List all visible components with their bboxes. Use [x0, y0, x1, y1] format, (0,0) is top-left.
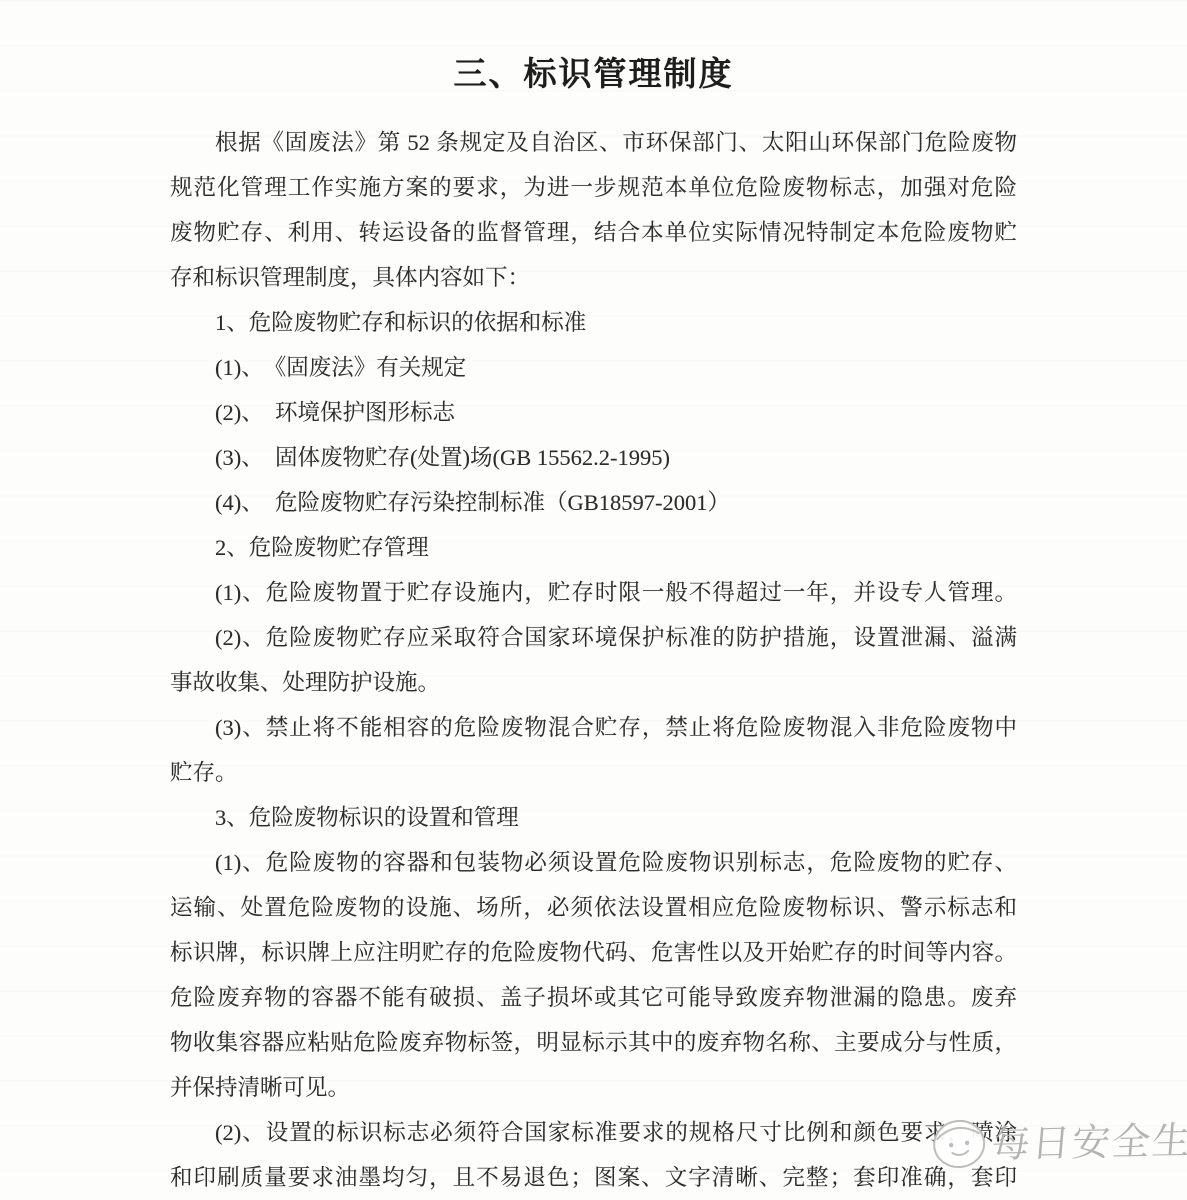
text-line: 和印刷质量要求油墨均匀，且不易退色；图案、文字清晰、完整；套印准确，套印	[170, 1155, 1017, 1200]
text-line: 标识牌，标识牌上应注明贮存的危险废物代码、危害性以及开始贮存的时间等内容。	[170, 930, 1017, 975]
text-line: 2、危险废物贮存管理	[170, 525, 1017, 570]
body-text: 根据《固废法》第 52 条规定及自治区、市环保部门、太阳山环保部门危险废物规范化…	[170, 120, 1017, 1200]
text-line: 根据《固废法》第 52 条规定及自治区、市环保部门、太阳山环保部门危险废物	[170, 120, 1017, 165]
text-line: 贮存。	[170, 750, 1017, 795]
document-page: 三、标识管理制度 根据《固废法》第 52 条规定及自治区、市环保部门、太阳山环保…	[0, 0, 1187, 1200]
text-line: 废物贮存、利用、转运设备的监督管理，结合本单位实际情况特制定本危险废物贮	[170, 210, 1017, 255]
text-line: (2)、危险废物贮存应采取符合国家环境保护标准的防护措施，设置泄漏、溢满	[170, 615, 1017, 660]
text-line: (4)、 危险废物贮存污染控制标准（GB18597-2001）	[170, 480, 1017, 525]
text-line: (2)、 环境保护图形标志	[170, 390, 1017, 435]
text-line: (2)、设置的标识标志必须符合国家标准要求的规格尺寸比例和颜色要求，喷涂	[170, 1110, 1017, 1155]
text-line: 规范化管理工作实施方案的要求，为进一步规范本单位危险废物标志，加强对危险	[170, 165, 1017, 210]
text-line: 物收集容器应粘贴危险废弃物标签，明显标示其中的废弃物名称、主要成分与性质，	[170, 1020, 1017, 1065]
page-title: 三、标识管理制度	[0, 48, 1187, 95]
text-line: 1、危险废物贮存和标识的依据和标准	[170, 300, 1017, 345]
text-line: 存和标识管理制度，具体内容如下：	[170, 255, 1017, 300]
text-line: (1)、危险废物的容器和包装物必须设置危险废物识别标志，危险废物的贮存、	[170, 840, 1017, 885]
watermark-label: 每日安全生产	[990, 1122, 1187, 1164]
text-line: 3、危险废物标识的设置和管理	[170, 795, 1017, 840]
text-line: (1)、 《固废法》有关规定	[170, 345, 1017, 390]
text-line: 事故收集、处理防护设施。	[170, 660, 1017, 705]
text-line: (3)、 固体废物贮存(处置)场(GB 15562.2-1995)	[170, 435, 1017, 480]
text-line: (3)、禁止将不能相容的危险废物混合贮存，禁止将危险废物混入非危险废物中	[170, 705, 1017, 750]
text-line: 运输、处置危险废物的设施、场所，必须依法设置相应危险废物标识、警示标志和	[170, 885, 1017, 930]
text-line: (1)、危险废物置于贮存设施内，贮存时限一般不得超过一年，并设专人管理。	[170, 570, 1017, 615]
text-line: 危险废弃物的容器不能有破损、盖子损坏或其它可能导致废弃物泄漏的隐患。废弃	[170, 975, 1017, 1020]
text-line: 并保持清晰可见。	[170, 1065, 1017, 1110]
